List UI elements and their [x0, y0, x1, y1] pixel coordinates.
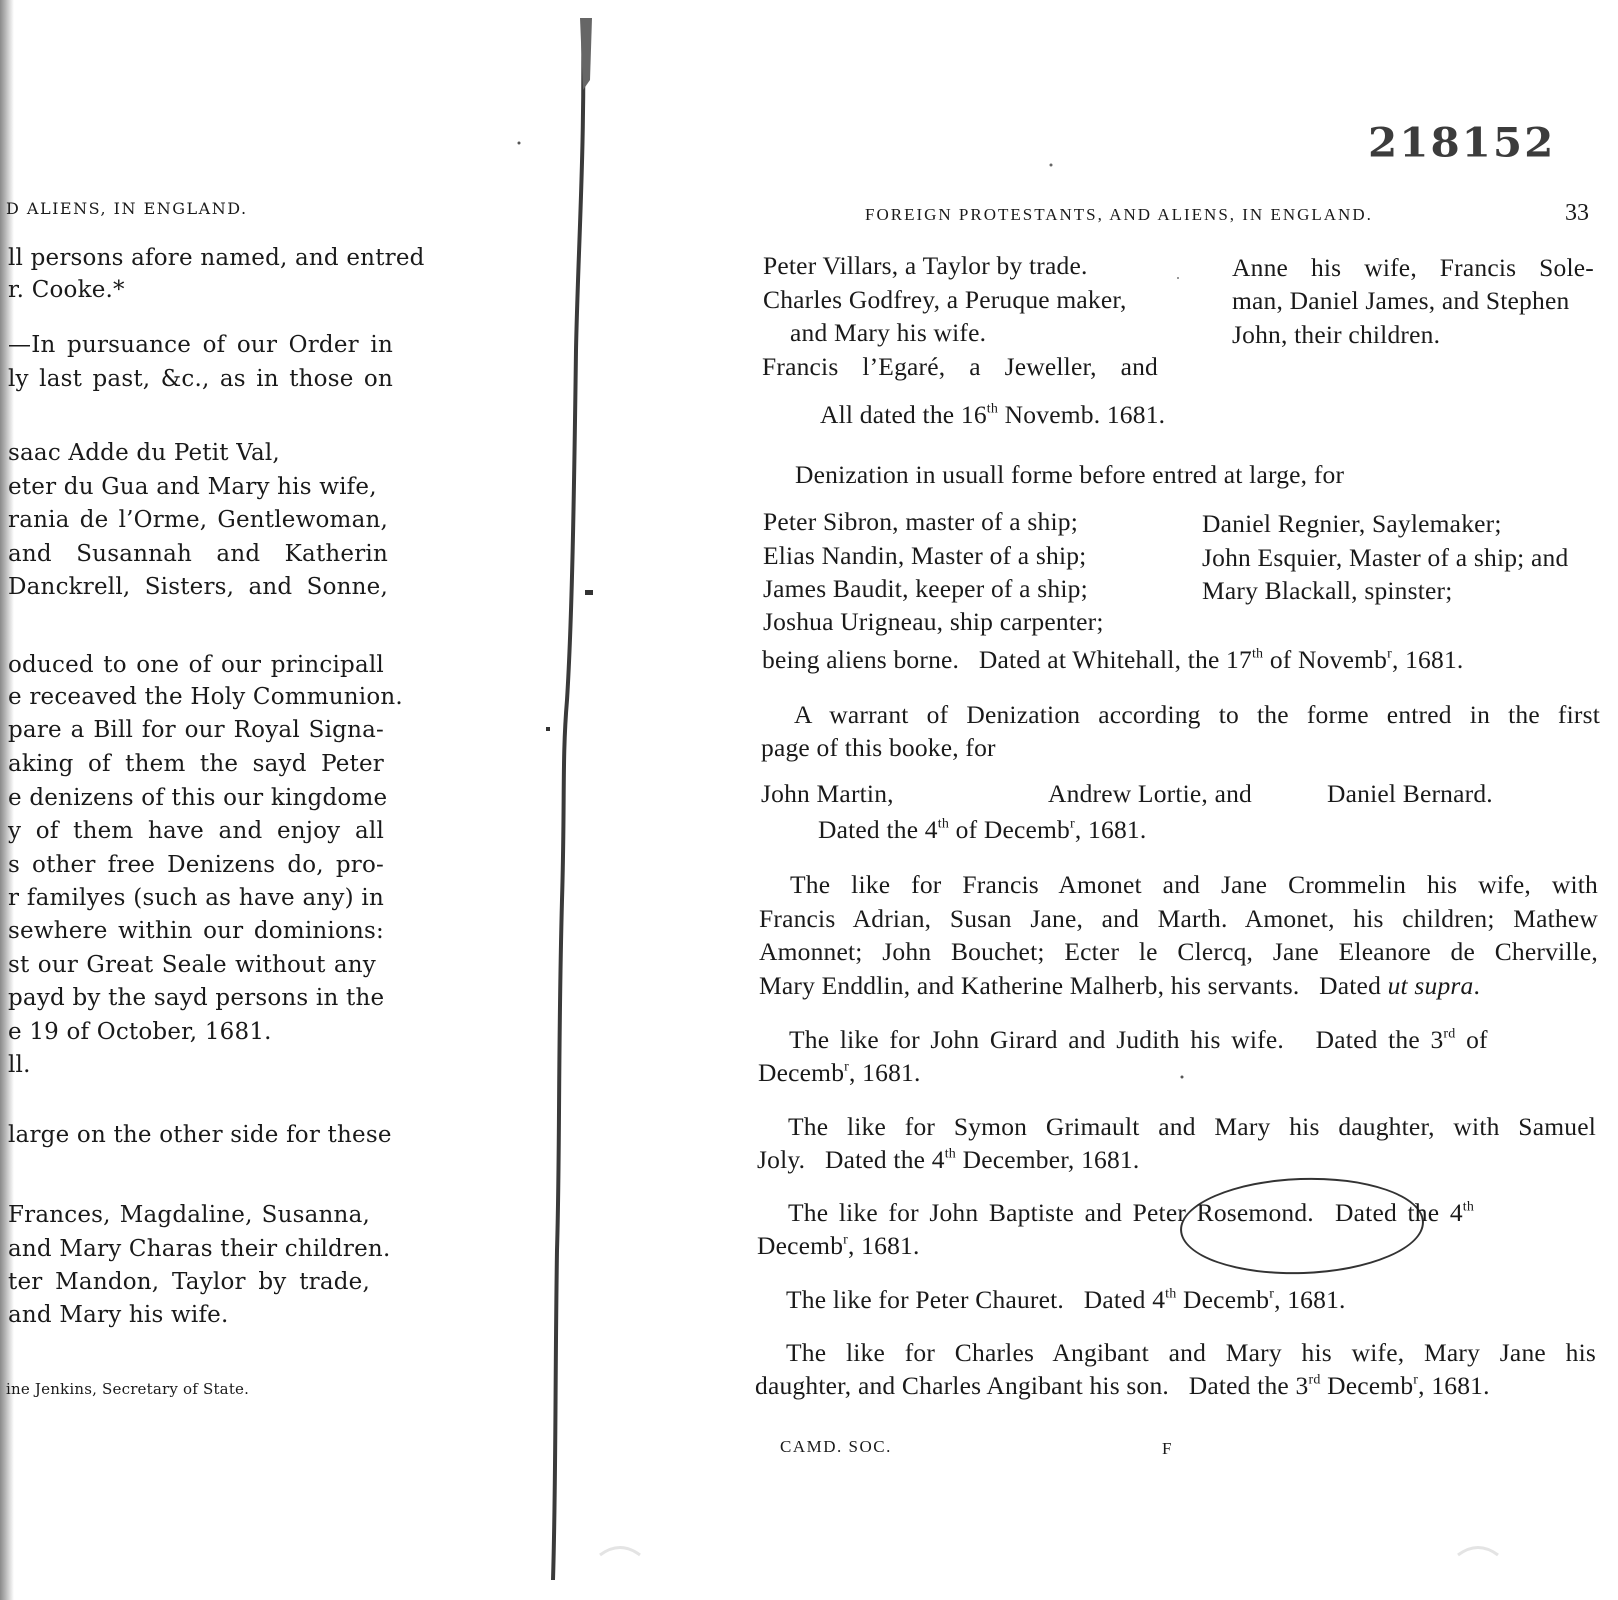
- scan-specks: [0, 0, 1618, 1600]
